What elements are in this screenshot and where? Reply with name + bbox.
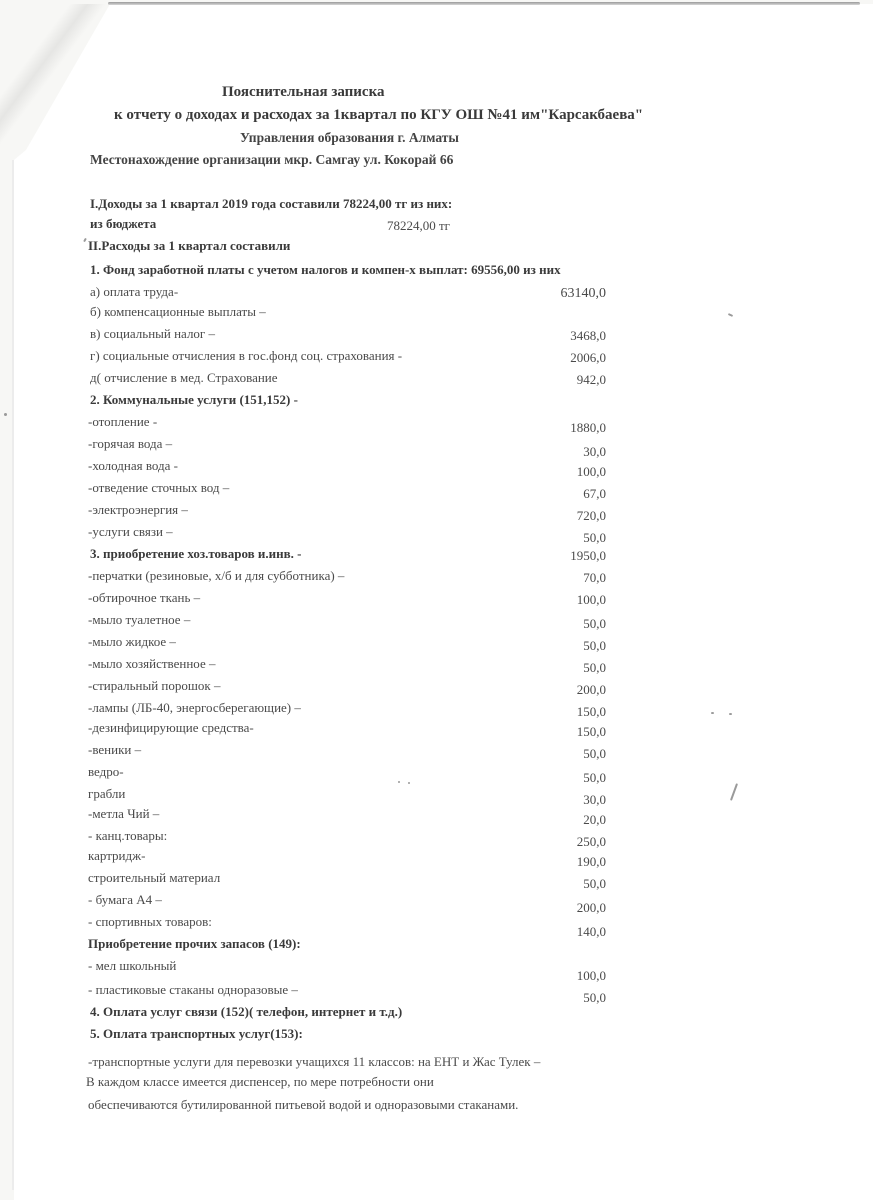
expense-item-amount: 50,0 bbox=[486, 876, 606, 892]
expense-item-amount: 150,0 bbox=[486, 704, 606, 720]
expense-item-amount: 1880,0 bbox=[486, 420, 606, 436]
expense-item-amount: 250,0 bbox=[486, 834, 606, 850]
expense-item-label: -отведение сточных вод – bbox=[88, 480, 229, 496]
department-name: Управления образования г. Алматы bbox=[240, 130, 459, 146]
expense-item-label: строительный материал bbox=[88, 870, 220, 886]
expense-item-amount: 50,0 bbox=[486, 530, 606, 546]
expense-item-amount: 100,0 bbox=[486, 968, 606, 984]
expense-item-label: -отопление - bbox=[88, 414, 157, 430]
expense-item-amount: 50,0 bbox=[486, 990, 606, 1006]
expense-item-label: -дезинфицирующие средства- bbox=[88, 720, 254, 736]
expense-item-label: в) социальный налог – bbox=[90, 326, 215, 342]
expense-section-title: 1. Фонд заработной платы с учетом налого… bbox=[90, 262, 561, 278]
expense-item-label: -холодная вода - bbox=[88, 458, 178, 474]
expense-item-label: -перчатки (резиновые, х/б и для субботни… bbox=[88, 568, 344, 584]
expense-item-label: -мыло жидкое – bbox=[88, 634, 176, 650]
expense-item-label: - спортивных товаров: bbox=[88, 914, 212, 930]
explanatory-note-document: Пояснительная записка к отчету о доходах… bbox=[0, 0, 873, 1200]
expense-item-amount: 70,0 bbox=[486, 570, 606, 586]
note-line: В каждом классе имеется диспенсер, по ме… bbox=[86, 1074, 434, 1090]
expense-item-amount: 67,0 bbox=[486, 486, 606, 502]
expense-item-label: - пластиковые стаканы одноразовые – bbox=[88, 982, 298, 998]
expense-item-amount: 200,0 bbox=[486, 682, 606, 698]
expense-item-amount: 50,0 bbox=[486, 660, 606, 676]
expense-item-label: д( отчисление в мед. Страхование bbox=[90, 370, 278, 386]
expense-item-label: -услуги связи – bbox=[88, 524, 173, 540]
expense-item-amount: 30,0 bbox=[486, 792, 606, 808]
income-heading: I.Доходы за 1 квартал 2019 года составил… bbox=[90, 196, 452, 212]
expense-section-title: 2. Коммунальные услуги (151,152) - bbox=[90, 392, 298, 408]
expense-item-amount: 942,0 bbox=[486, 372, 606, 388]
expense-section-title: 4. Оплата услуг связи (152)( телефон, ин… bbox=[90, 1004, 402, 1020]
expense-item-label: а) оплата труда- bbox=[90, 284, 178, 300]
expense-item-label: - мел школьный bbox=[88, 958, 176, 974]
scan-speck bbox=[83, 238, 87, 242]
expense-item-amount: 50,0 bbox=[486, 638, 606, 654]
note-line: -транспортные услуги для перевозки учащи… bbox=[88, 1054, 540, 1070]
expense-item-label: -лампы (ЛБ-40, энергосберегающие) – bbox=[88, 700, 301, 716]
expense-item-label: -обтирочное ткань – bbox=[88, 590, 200, 606]
expense-section-amount: 1950,0 bbox=[486, 548, 606, 564]
expense-item-label: -электроэнергия – bbox=[88, 502, 188, 518]
expense-item-amount: 100,0 bbox=[486, 464, 606, 480]
expenses-heading: II.Расходы за 1 квартал составили bbox=[88, 238, 290, 254]
expense-item-label: - бумага А4 – bbox=[88, 892, 162, 908]
expense-item-label: картридж- bbox=[88, 848, 145, 864]
expense-item-label: -метла Чий – bbox=[88, 806, 159, 822]
document-subtitle: к отчету о доходах и расходах за 1кварта… bbox=[114, 107, 643, 123]
income-budget-label: из бюджета bbox=[90, 216, 156, 232]
expense-item-amount: 63140,0 bbox=[486, 286, 606, 302]
expense-item-amount: 50,0 bbox=[486, 616, 606, 632]
expense-item-amount: 3468,0 bbox=[486, 328, 606, 344]
expense-item-label: б) компенсационные выплаты – bbox=[90, 304, 266, 320]
expense-item-label: -мыло хозяйственное – bbox=[88, 656, 215, 672]
expense-item-amount: 50,0 bbox=[486, 770, 606, 786]
expense-section-title: 3. приобретение хоз.товаров и.инв. - bbox=[90, 546, 302, 562]
scan-speck bbox=[4, 413, 7, 416]
expense-item-amount: 2006,0 bbox=[486, 350, 606, 366]
expense-item-label: - канц.товары: bbox=[88, 828, 167, 844]
document-title: Пояснительная записка bbox=[222, 84, 385, 100]
scan-speck bbox=[730, 783, 738, 801]
note-line: обеспечиваются бутилированной питьевой в… bbox=[88, 1097, 518, 1113]
scan-speck bbox=[398, 781, 400, 783]
income-budget-value: 78224,00 тг bbox=[387, 218, 450, 234]
expense-item-amount: 50,0 bbox=[486, 746, 606, 762]
scan-speck bbox=[728, 313, 733, 317]
expense-item-amount: 190,0 bbox=[486, 854, 606, 870]
expense-item-amount: 720,0 bbox=[486, 508, 606, 524]
expense-item-label: ведро- bbox=[88, 764, 124, 780]
expense-item-label: грабли bbox=[88, 786, 125, 802]
expense-item-amount: 100,0 bbox=[486, 592, 606, 608]
organization-location: Местонахождение организации мкр. Самгау … bbox=[90, 152, 453, 168]
scan-speck bbox=[729, 713, 732, 715]
expense-item-amount: 200,0 bbox=[486, 900, 606, 916]
expense-section-title: 5. Оплата транспортных услуг(153): bbox=[90, 1026, 303, 1042]
expense-item-label: -мыло туалетное – bbox=[88, 612, 190, 628]
expense-item-label: -стиральный порошок – bbox=[88, 678, 220, 694]
expense-item-amount: 20,0 bbox=[486, 812, 606, 828]
expense-item-amount: 150,0 bbox=[486, 724, 606, 740]
expense-item-amount: 30,0 bbox=[486, 444, 606, 460]
expense-item-amount: 140,0 bbox=[486, 924, 606, 940]
expense-item-label: -горячая вода – bbox=[88, 436, 172, 452]
scan-speck bbox=[408, 782, 410, 784]
expense-item-label: -веники – bbox=[88, 742, 141, 758]
expense-item-label: г) социальные отчисления в гос.фонд соц.… bbox=[90, 348, 402, 364]
scan-speck bbox=[711, 712, 714, 714]
expense-section-title: Приобретение прочих запасов (149): bbox=[88, 936, 301, 952]
